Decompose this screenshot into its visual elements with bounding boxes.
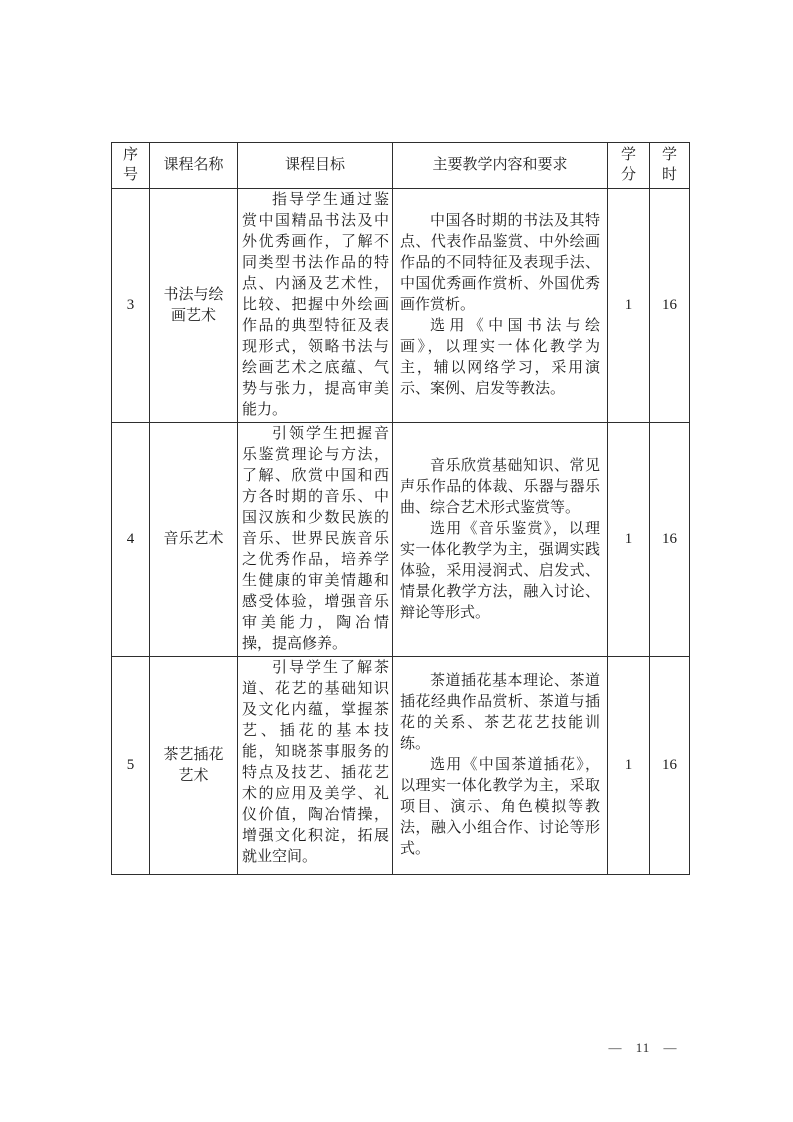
cell-course-objective: 引领学生把握音乐鉴赏理论与方法，了解、欣赏中国和西方各时期的音乐、中国汉族和少数… [238, 423, 393, 657]
cell-row-number: 4 [112, 423, 150, 657]
content-paragraph: 中国各时期的书法及其特点、代表作品鉴赏、中外绘画作品的不同特征及表现手法、中国优… [400, 211, 600, 316]
content-paragraph: 选用《中国茶道插花》，以理实一体化教学为主，采取项目、演示、角色模拟等教法，融入… [400, 755, 600, 860]
document-page: 序号 课程名称 课程目标 主要教学内容和要求 学分 学时 3 书法与绘画艺术 指… [0, 0, 793, 1122]
column-header-number: 序号 [112, 143, 150, 189]
objective-paragraph: 引领学生把握音乐鉴赏理论与方法，了解、欣赏中国和西方各时期的音乐、中国汉族和少数… [242, 424, 389, 655]
cell-row-number: 3 [112, 189, 150, 423]
table-row: 5 茶艺插花艺术 引导学生了解茶道、花艺的基础知识及文化内蕴，掌握茶艺、插花的基… [112, 657, 690, 875]
cell-teaching-content: 中国各时期的书法及其特点、代表作品鉴赏、中外绘画作品的不同特征及表现手法、中国优… [393, 189, 608, 423]
content-paragraph: 音乐欣赏基础知识、常见声乐作品的体裁、乐器与器乐曲、综合艺术形式鉴赏等。 [400, 456, 600, 519]
column-header-credits: 学分 [608, 143, 650, 189]
cell-credits: 1 [608, 423, 650, 657]
content-paragraph: 茶道插花基本理论、茶道插花经典作品赏析、茶道与插花的关系、茶艺花艺技能训练。 [400, 671, 600, 755]
course-table: 序号 课程名称 课程目标 主要教学内容和要求 学分 学时 3 书法与绘画艺术 指… [111, 142, 690, 875]
table-row: 4 音乐艺术 引领学生把握音乐鉴赏理论与方法，了解、欣赏中国和西方各时期的音乐、… [112, 423, 690, 657]
cell-teaching-content: 音乐欣赏基础知识、常见声乐作品的体裁、乐器与器乐曲、综合艺术形式鉴赏等。 选用《… [393, 423, 608, 657]
cell-credits: 1 [608, 189, 650, 423]
page-number: — 11 — [598, 1040, 688, 1056]
cell-credits: 1 [608, 657, 650, 875]
cell-course-objective: 引导学生了解茶道、花艺的基础知识及文化内蕴，掌握茶艺、插花的基本技能，知晓茶事服… [238, 657, 393, 875]
column-header-objective: 课程目标 [238, 143, 393, 189]
column-header-hours: 学时 [650, 143, 690, 189]
cell-hours: 16 [650, 657, 690, 875]
content-paragraph: 选用《中国书法与绘画》，以理实一体化教学为主，辅以网络学习，采用演示、案例、启发… [400, 316, 600, 400]
cell-course-name: 书法与绘画艺术 [150, 189, 238, 423]
cell-teaching-content: 茶道插花基本理论、茶道插花经典作品赏析、茶道与插花的关系、茶艺花艺技能训练。 选… [393, 657, 608, 875]
cell-course-objective: 指导学生通过鉴赏中国精品书法及中外优秀画作，了解不同类型书法作品的特点、内涵及艺… [238, 189, 393, 423]
cell-course-name: 茶艺插花艺术 [150, 657, 238, 875]
column-header-course-name: 课程名称 [150, 143, 238, 189]
cell-course-name: 音乐艺术 [150, 423, 238, 657]
objective-paragraph: 引导学生了解茶道、花艺的基础知识及文化内蕴，掌握茶艺、插花的基本技能，知晓茶事服… [242, 658, 389, 868]
cell-hours: 16 [650, 423, 690, 657]
cell-row-number: 5 [112, 657, 150, 875]
cell-hours: 16 [650, 189, 690, 423]
table-header-row: 序号 课程名称 课程目标 主要教学内容和要求 学分 学时 [112, 143, 690, 189]
table-row: 3 书法与绘画艺术 指导学生通过鉴赏中国精品书法及中外优秀画作，了解不同类型书法… [112, 189, 690, 423]
content-paragraph: 选用《音乐鉴赏》，以理实一体化教学为主，强调实践体验，采用浸润式、启发式、情景化… [400, 519, 600, 624]
column-header-content: 主要教学内容和要求 [393, 143, 608, 189]
objective-paragraph: 指导学生通过鉴赏中国精品书法及中外优秀画作，了解不同类型书法作品的特点、内涵及艺… [242, 190, 389, 421]
